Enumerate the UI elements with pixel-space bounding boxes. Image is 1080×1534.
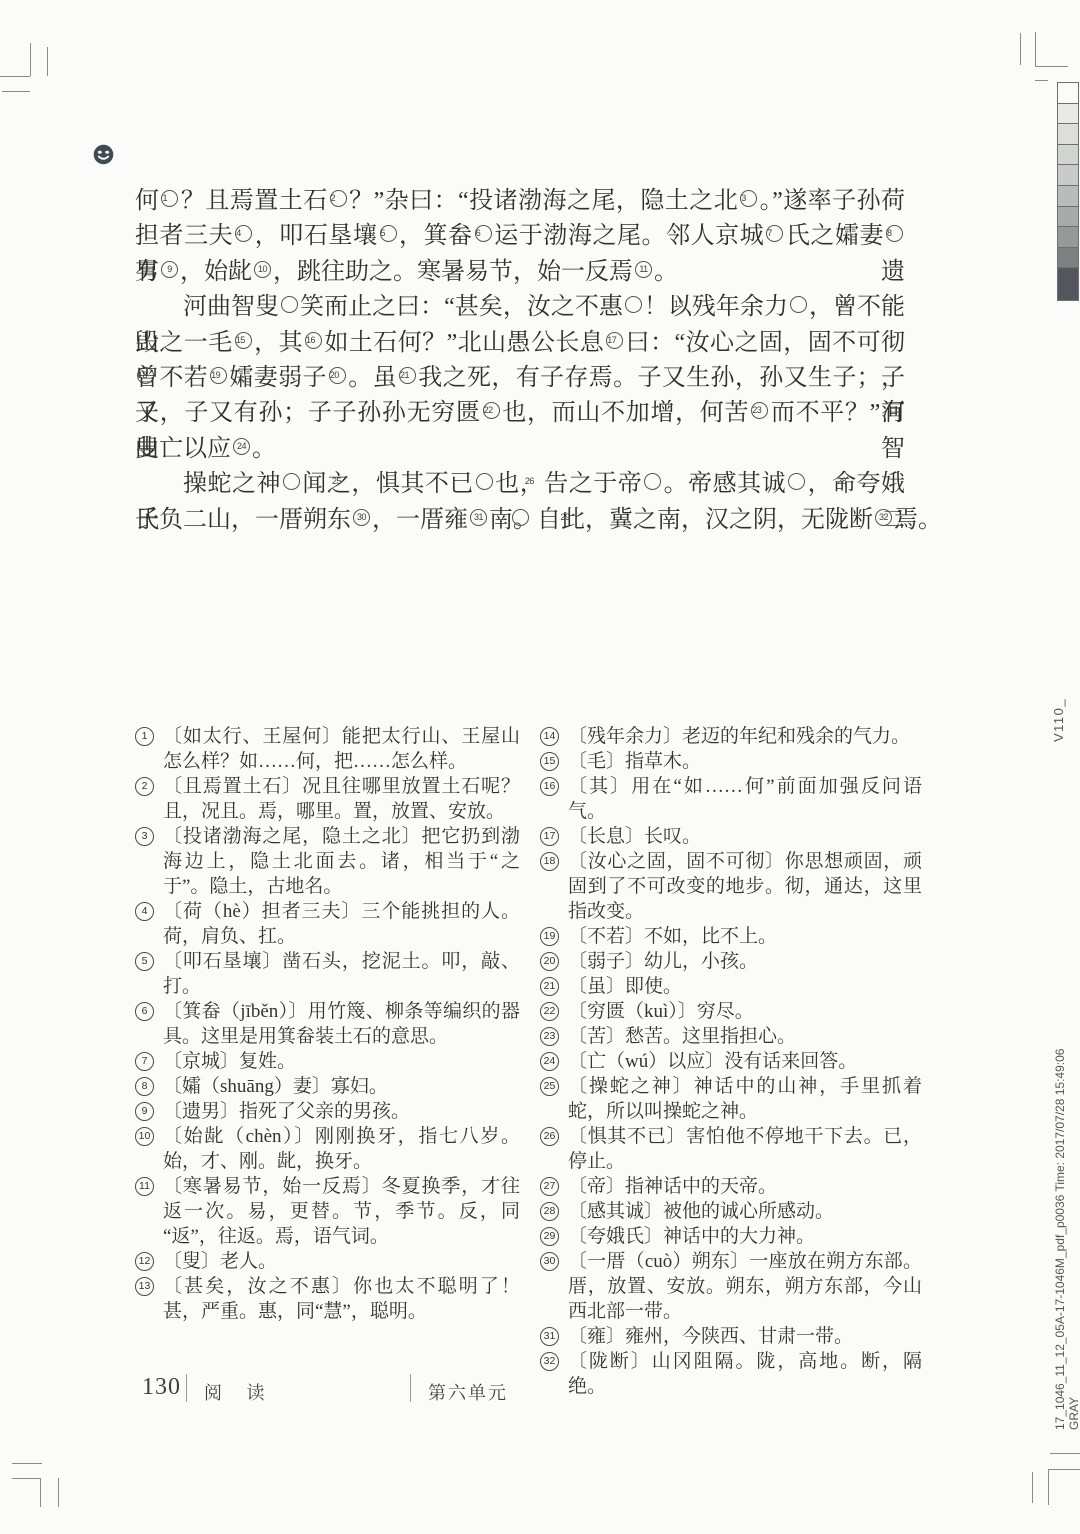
footnote-item: 4〔荷（hè）担者三夫〕三个能挑担的人。荷，肩负、扛。 bbox=[135, 899, 520, 949]
main-text-line: 何1？且焉置土石2？”杂曰：“投诸渤海之尾，隐土之北3。”遂率子孙荷 bbox=[135, 184, 905, 219]
footnote-item: 29〔夸娥氏〕神话中的大力神。 bbox=[540, 1224, 922, 1249]
footnote-text: 〔一厝（cuò）朔东〕一座放在朔方东部。厝，放置、安放。朔东，朔方东部，今山西北… bbox=[568, 1251, 922, 1322]
note-ref-32: 32 bbox=[875, 509, 892, 526]
footnote-text: 〔投诸渤海之尾，隐土之北〕把它扔到渤海边上，隐土北面去。诸，相当于“之于”。隐土… bbox=[163, 826, 520, 897]
footnote-text: 〔雍〕雍州，今陕西、甘肃一带。 bbox=[568, 1326, 853, 1347]
footnote-text: 〔荷（hè）担者三夫〕三个能挑担的人。荷，肩负、扛。 bbox=[163, 901, 520, 947]
footnote-number: 30 bbox=[540, 1252, 559, 1271]
footnote-text: 〔叩石垦壤〕凿石头，挖泥土。叩，敲、打。 bbox=[163, 951, 520, 997]
footnote-text: 〔帝〕指神话中的天帝。 bbox=[568, 1176, 777, 1197]
main-text-line: 山之一毛15，其16如土石何？”北山愚公长息17曰：“汝心之固，固不可彻18， bbox=[135, 326, 905, 361]
registration-mark bbox=[58, 1478, 59, 1507]
footnote-item: 5〔叩石垦壤〕凿石头，挖泥土。叩，敲、打。 bbox=[135, 949, 520, 999]
footnote-text: 〔夸娥氏〕神话中的大力神。 bbox=[568, 1226, 815, 1247]
page-number: 130 bbox=[142, 1374, 181, 1401]
footnote-item: 7〔京城〕复姓。 bbox=[135, 1049, 520, 1074]
footnote-number: 17 bbox=[540, 827, 559, 846]
note-ref-9: 9 bbox=[161, 261, 178, 278]
footnote-text: 〔亡（wú）以应〕没有话来回答。 bbox=[568, 1051, 857, 1072]
footnote-text: 〔汝心之固，固不可彻〕你思想顽固，顽固到了不可改变的地步。彻，通达，这里指改变。 bbox=[568, 851, 922, 922]
footnote-number: 18 bbox=[540, 852, 559, 871]
footnotes-left-column: 1〔如太行、王屋何〕能把太行山、王屋山怎么样？如……何，把……怎么样。2〔且焉置… bbox=[135, 724, 520, 1399]
footnote-number: 20 bbox=[540, 952, 559, 971]
note-ref-7: 7 bbox=[766, 225, 783, 242]
footnote-number: 13 bbox=[135, 1277, 154, 1296]
footer-divider bbox=[410, 1374, 411, 1402]
footnote-number: 27 bbox=[540, 1177, 559, 1196]
print-slug-gray-label: GRAY bbox=[1067, 1049, 1080, 1430]
footnote-item: 24〔亡（wú）以应〕没有话来回答。 bbox=[540, 1049, 922, 1074]
note-ref-6: 6 bbox=[475, 225, 492, 242]
grayscale-step bbox=[1058, 83, 1078, 103]
footer-section-label: 阅 读 bbox=[204, 1379, 275, 1405]
registration-mark bbox=[12, 1478, 41, 1479]
lesson-text: 何1？且焉置土石2？”杂曰：“投诸渤海之尾，隐土之北3。”遂率子孙荷担者三夫4，… bbox=[135, 184, 905, 538]
grayscale-step bbox=[1058, 144, 1078, 165]
footnote-text: 〔始龀（chèn）〕刚刚换牙，指七八岁。始，才、刚。龀，换牙。 bbox=[163, 1126, 520, 1172]
footnote-text: 〔且焉置土石〕况且往哪里放置土石呢？且，况且。焉，哪里。置，放置、安放。 bbox=[163, 776, 520, 822]
footnote-number: 32 bbox=[540, 1352, 559, 1371]
note-ref-2: 2 bbox=[330, 190, 347, 207]
note-ref-17: 17 bbox=[606, 332, 623, 349]
footnote-text: 〔穷匮（kuì）〕穷尽。 bbox=[568, 1001, 754, 1022]
footnote-item: 25〔操蛇之神〕神话中的山神，手里抓着蛇，所以叫操蛇之神。 bbox=[540, 1074, 922, 1124]
registration-mark bbox=[1032, 1472, 1033, 1503]
footnote-number: 25 bbox=[540, 1077, 559, 1096]
grayscale-step bbox=[1058, 267, 1078, 300]
footnote-item: 9〔遗男〕指死了父亲的男孩。 bbox=[135, 1099, 520, 1124]
footnote-number: 23 bbox=[540, 1027, 559, 1046]
footnote-item: 11〔寒暑易节，始一反焉〕冬夏换季，才往返一次。易，更替。节，季节。反，同“返”… bbox=[135, 1174, 520, 1249]
footnote-item: 22〔穷匮（kuì）〕穷尽。 bbox=[540, 999, 922, 1024]
footnote-item: 21〔虽〕即使。 bbox=[540, 974, 922, 999]
footnote-text: 〔如太行、王屋何〕能把太行山、王屋山怎么样？如……何，把……怎么样。 bbox=[163, 726, 520, 772]
registration-mark bbox=[1035, 66, 1068, 67]
footnote-item: 2〔且焉置土石〕况且往哪里放置土石呢？且，况且。焉，哪里。置，放置、安放。 bbox=[135, 774, 520, 824]
print-slug-text: 17_1046_11_12_05A-17-1046M_pdf_p0036 Tim… bbox=[1053, 1049, 1067, 1430]
footnote-number: 22 bbox=[540, 1002, 559, 1021]
footnote-item: 16〔其〕用在“如……何”前面加强反问语气。 bbox=[540, 774, 922, 824]
footnote-number: 24 bbox=[540, 1052, 559, 1071]
footnote-item: 19〔不若〕不如，比不上。 bbox=[540, 924, 922, 949]
note-ref-30: 30 bbox=[353, 509, 370, 526]
main-text-line: 子，子又有孙；子子孙孙无穷匮22也，而山不加增，何苦23而不平？”河曲智 bbox=[135, 396, 905, 431]
footnote-item: 12〔叟〕老人。 bbox=[135, 1249, 520, 1274]
footnote-text: 〔箕畚（jīběn）〕用竹篾、柳条等编织的器具。这里是用箕畚装土石的意思。 bbox=[163, 1001, 520, 1047]
registration-mark bbox=[1035, 32, 1036, 67]
footnote-text: 〔惧其不已〕害怕他不停地干下去。已，停止。 bbox=[568, 1126, 922, 1172]
footnote-text: 〔甚矣，汝之不惠〕你也太不聪明了！甚，严重。惠，同“慧”，聪明。 bbox=[163, 1276, 520, 1322]
footnote-number: 15 bbox=[540, 752, 559, 771]
note-ref-10: 10 bbox=[254, 261, 271, 278]
footnote-item: 20〔弱子〕幼儿，小孩。 bbox=[540, 949, 922, 974]
footnote-item: 30〔一厝（cuò）朔东〕一座放在朔方东部。厝，放置、安放。朔东，朔方东部，今山… bbox=[540, 1249, 922, 1324]
main-text-line: 子负二山，一厝朔东30，一厝雍31南。自此，冀之南，汉之阴，无陇断32焉。 bbox=[135, 503, 905, 538]
footnote-text: 〔长息〕长叹。 bbox=[568, 826, 701, 847]
footnote-item: 3〔投诸渤海之尾，隐土之北〕把它扔到渤海边上，隐土北面去。诸，相当于“之于”。隐… bbox=[135, 824, 520, 899]
note-ref-16: 16 bbox=[305, 332, 322, 349]
note-ref-27: 27 bbox=[644, 473, 661, 490]
footnote-number: 3 bbox=[135, 827, 154, 846]
note-ref-31: 31 bbox=[470, 509, 487, 526]
footnote-number: 2 bbox=[135, 777, 154, 796]
note-ref-26: 26 bbox=[476, 473, 493, 490]
footnote-text: 〔弱子〕幼儿，小孩。 bbox=[568, 951, 758, 972]
grayscale-step bbox=[1058, 123, 1078, 144]
grayscale-step bbox=[1058, 247, 1078, 268]
footnote-number: 29 bbox=[540, 1227, 559, 1246]
grayscale-step bbox=[1058, 185, 1078, 206]
registration-mark bbox=[40, 1478, 41, 1507]
registration-mark bbox=[1035, 80, 1048, 81]
footnote-number: 5 bbox=[135, 952, 154, 971]
footnote-number: 19 bbox=[540, 927, 559, 946]
page-footer: 130 阅 读 第六单元 bbox=[0, 1372, 1080, 1406]
footnote-item: 10〔始龀（chèn）〕刚刚换牙，指七八岁。始，才、刚。龀，换牙。 bbox=[135, 1124, 520, 1174]
registration-mark bbox=[1050, 1453, 1080, 1454]
note-ref-23: 23 bbox=[751, 402, 768, 419]
footnote-text: 〔孀（shuāng）妻〕寡妇。 bbox=[163, 1076, 388, 1097]
note-ref-3: 3 bbox=[740, 190, 757, 207]
footnote-item: 13〔甚矣，汝之不惠〕你也太不聪明了！甚，严重。惠，同“慧”，聪明。 bbox=[135, 1274, 520, 1324]
footnote-number: 16 bbox=[540, 777, 559, 796]
main-text-line: 曾不若19孀妻弱子20。虽21我之死，有子存焉。子又生孙，孙又生子；子又有 bbox=[135, 361, 905, 396]
footnote-text: 〔遗男〕指死了父亲的男孩。 bbox=[163, 1101, 410, 1122]
footnote-item: 8〔孀（shuāng）妻〕寡妇。 bbox=[135, 1074, 520, 1099]
note-ref-28: 28 bbox=[788, 473, 805, 490]
footnote-number: 4 bbox=[135, 902, 154, 921]
footnote-item: 18〔汝心之固，固不可彻〕你思想顽固，顽固到了不可改变的地步。彻，通达，这里指改… bbox=[540, 849, 922, 924]
footnote-number: 6 bbox=[135, 1002, 154, 1021]
registration-mark bbox=[1020, 33, 1021, 65]
note-ref-11: 11 bbox=[635, 261, 652, 278]
registration-mark bbox=[12, 1463, 42, 1464]
footnote-number: 10 bbox=[135, 1127, 154, 1146]
footnote-item: 15〔毛〕指草木。 bbox=[540, 749, 922, 774]
note-ref-4: 4 bbox=[235, 225, 252, 242]
footnote-text: 〔操蛇之神〕神话中的山神，手里抓着蛇，所以叫操蛇之神。 bbox=[568, 1076, 922, 1122]
footnote-text: 〔残年余力〕老迈的年纪和残余的气力。 bbox=[568, 726, 910, 747]
note-ref-19: 19 bbox=[210, 367, 227, 384]
footnote-text: 〔其〕用在“如……何”前面加强反问语气。 bbox=[568, 776, 922, 822]
footnote-number: 1 bbox=[135, 727, 154, 746]
footnote-number: 31 bbox=[540, 1327, 559, 1346]
footnote-text: 〔感其诚〕被他的诚心所感动。 bbox=[568, 1201, 834, 1222]
footer-divider bbox=[186, 1374, 187, 1402]
footer-unit-label: 第六单元 bbox=[428, 1379, 508, 1405]
footnote-text: 〔虽〕即使。 bbox=[568, 976, 682, 997]
footnote-item: 28〔感其诚〕被他的诚心所感动。 bbox=[540, 1199, 922, 1224]
main-text-line: 担者三夫4，叩石垦壤5，箕畚6运于渤海之尾。邻人京城7氏之孀妻8有遗 bbox=[135, 219, 905, 254]
registration-mark bbox=[30, 43, 31, 76]
note-ref-13: 13 bbox=[625, 296, 642, 313]
registration-mark bbox=[2, 91, 30, 92]
note-ref-20: 20 bbox=[329, 367, 346, 384]
grayscale-step bbox=[1058, 206, 1078, 227]
footnote-number: 14 bbox=[540, 727, 559, 746]
registration-mark bbox=[0, 76, 30, 77]
footnote-number: 11 bbox=[135, 1177, 154, 1196]
note-ref-8: 8 bbox=[886, 225, 903, 242]
footnote-text: 〔苦〕愁苦。这里指担心。 bbox=[568, 1026, 796, 1047]
grayscale-step bbox=[1058, 164, 1078, 185]
note-ref-24: 24 bbox=[233, 438, 250, 455]
print-slug-vertical: 17_1046_11_12_05A-17-1046M_pdf_p0036 Tim… bbox=[1053, 1049, 1080, 1430]
print-code-vertical: V110_ bbox=[1051, 698, 1067, 742]
textbook-page: 何1？且焉置土石2？”杂曰：“投诸渤海之尾，隐土之北3。”遂率子孙荷担者三夫4，… bbox=[0, 0, 1080, 1534]
grayscale-step bbox=[1058, 226, 1078, 247]
footnote-item: 6〔箕畚（jīběn）〕用竹篾、柳条等编织的器具。这里是用箕畚装土石的意思。 bbox=[135, 999, 520, 1049]
footnote-text: 〔不若〕不如，比不上。 bbox=[568, 926, 777, 947]
footnote-text: 〔寒暑易节，始一反焉〕冬夏换季，才往返一次。易，更替。节，季节。反，同“返”，往… bbox=[163, 1176, 520, 1247]
footnote-item: 23〔苦〕愁苦。这里指担心。 bbox=[540, 1024, 922, 1049]
footnote-item: 1〔如太行、王屋何〕能把太行山、王屋山怎么样？如……何，把……怎么样。 bbox=[135, 724, 520, 774]
note-ref-22: 22 bbox=[483, 402, 500, 419]
main-text-line: 河曲智叟12笑而止之曰：“甚矣，汝之不惠13！以残年余力14，曾不能毁 bbox=[135, 290, 905, 325]
note-ref-1: 1 bbox=[161, 190, 178, 207]
footnote-item: 26〔惧其不已〕害怕他不停地干下去。已，停止。 bbox=[540, 1124, 922, 1174]
note-ref-14: 14 bbox=[790, 296, 807, 313]
footnote-item: 27〔帝〕指神话中的天帝。 bbox=[540, 1174, 922, 1199]
footnote-item: 17〔长息〕长叹。 bbox=[540, 824, 922, 849]
registration-mark bbox=[1048, 1469, 1080, 1470]
footnote-number: 8 bbox=[135, 1077, 154, 1096]
note-ref-25: 25 bbox=[283, 473, 300, 490]
main-text-line: 操蛇之神25闻之，惧其不已26也，告之于帝27。帝感其诚28，命夸娥氏29二 bbox=[135, 467, 905, 502]
footnotes-right-column: 14〔残年余力〕老迈的年纪和残余的气力。15〔毛〕指草木。16〔其〕用在“如……… bbox=[540, 724, 922, 1399]
note-ref-12: 12 bbox=[281, 296, 298, 313]
smiley-face-icon bbox=[93, 144, 114, 165]
footnote-text: 〔京城〕复姓。 bbox=[163, 1051, 296, 1072]
footnote-number: 28 bbox=[540, 1202, 559, 1221]
footnote-number: 12 bbox=[135, 1252, 154, 1271]
registration-mark bbox=[47, 47, 48, 76]
footnote-number: 7 bbox=[135, 1052, 154, 1071]
footnote-text: 〔叟〕老人。 bbox=[163, 1251, 277, 1272]
note-ref-15: 15 bbox=[235, 332, 252, 349]
grayscale-calibration-bar bbox=[1057, 82, 1079, 301]
registration-mark bbox=[1048, 1469, 1049, 1505]
footnote-number: 21 bbox=[540, 977, 559, 996]
footnotes-section: 1〔如太行、王屋何〕能把太行山、王屋山怎么样？如……何，把……怎么样。2〔且焉置… bbox=[135, 724, 922, 1399]
note-ref-21: 21 bbox=[399, 367, 416, 384]
note-ref-5: 5 bbox=[380, 225, 397, 242]
footnote-number: 26 bbox=[540, 1127, 559, 1146]
grayscale-step bbox=[1058, 103, 1078, 124]
footnote-item: 14〔残年余力〕老迈的年纪和残余的气力。 bbox=[540, 724, 922, 749]
footnote-item: 31〔雍〕雍州，今陕西、甘肃一带。 bbox=[540, 1324, 922, 1349]
footnote-text: 〔毛〕指草木。 bbox=[568, 751, 701, 772]
footnote-number: 9 bbox=[135, 1102, 154, 1121]
